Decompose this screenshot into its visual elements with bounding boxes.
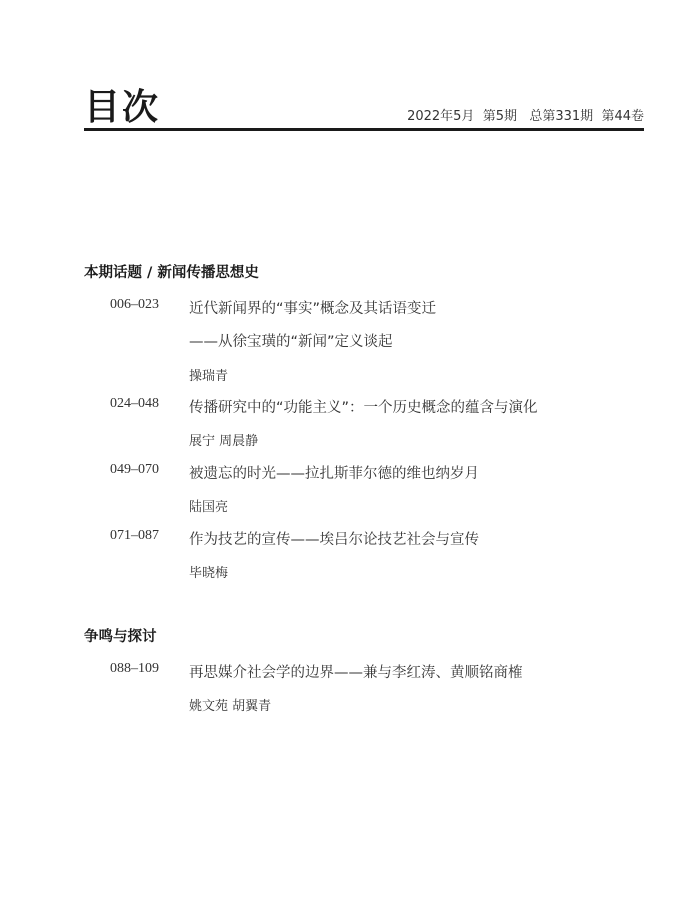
page-range: 071–087 bbox=[110, 528, 159, 544]
article-title[interactable]: 再思媒介社会学的边界——兼与李红涛、黄顺铭商榷 bbox=[189, 661, 523, 682]
page-title: 目次 bbox=[84, 86, 160, 128]
issue-info: 2022年5月 第5期 总第331期 第44卷 bbox=[407, 105, 644, 124]
section-title-debate: 争鸣与探讨 bbox=[84, 625, 157, 646]
article-authors: 展宁 周晨静 bbox=[189, 430, 258, 449]
page-range: 024–048 bbox=[110, 396, 159, 412]
toc-header: 目次 2022年5月 第5期 总第331期 第44卷 bbox=[84, 86, 644, 128]
header-rule bbox=[84, 128, 644, 131]
article-title[interactable]: 被遗忘的时光——拉扎斯菲尔德的维也纳岁月 bbox=[189, 462, 479, 483]
article-authors: 陆国亮 bbox=[189, 496, 228, 515]
section-title-topic: 本期话题 / 新闻传播思想史 bbox=[84, 261, 259, 282]
article-title[interactable]: 作为技艺的宣传——埃吕尔论技艺社会与宣传 bbox=[189, 528, 479, 549]
page-range: 006–023 bbox=[110, 297, 159, 313]
article-title[interactable]: 传播研究中的“功能主义”：一个历史概念的蕴含与演化 bbox=[189, 396, 538, 417]
page-range: 049–070 bbox=[110, 462, 159, 478]
article-title[interactable]: 近代新闻界的“事实”概念及其话语变迁 bbox=[189, 297, 436, 318]
article-authors: 操瑞青 bbox=[189, 365, 228, 384]
article-authors: 毕晓梅 bbox=[189, 562, 228, 581]
article-authors: 姚文苑 胡翼青 bbox=[189, 695, 271, 714]
article-subtitle: ——从徐宝璜的“新闻”定义谈起 bbox=[189, 330, 393, 351]
page-range: 088–109 bbox=[110, 661, 159, 677]
